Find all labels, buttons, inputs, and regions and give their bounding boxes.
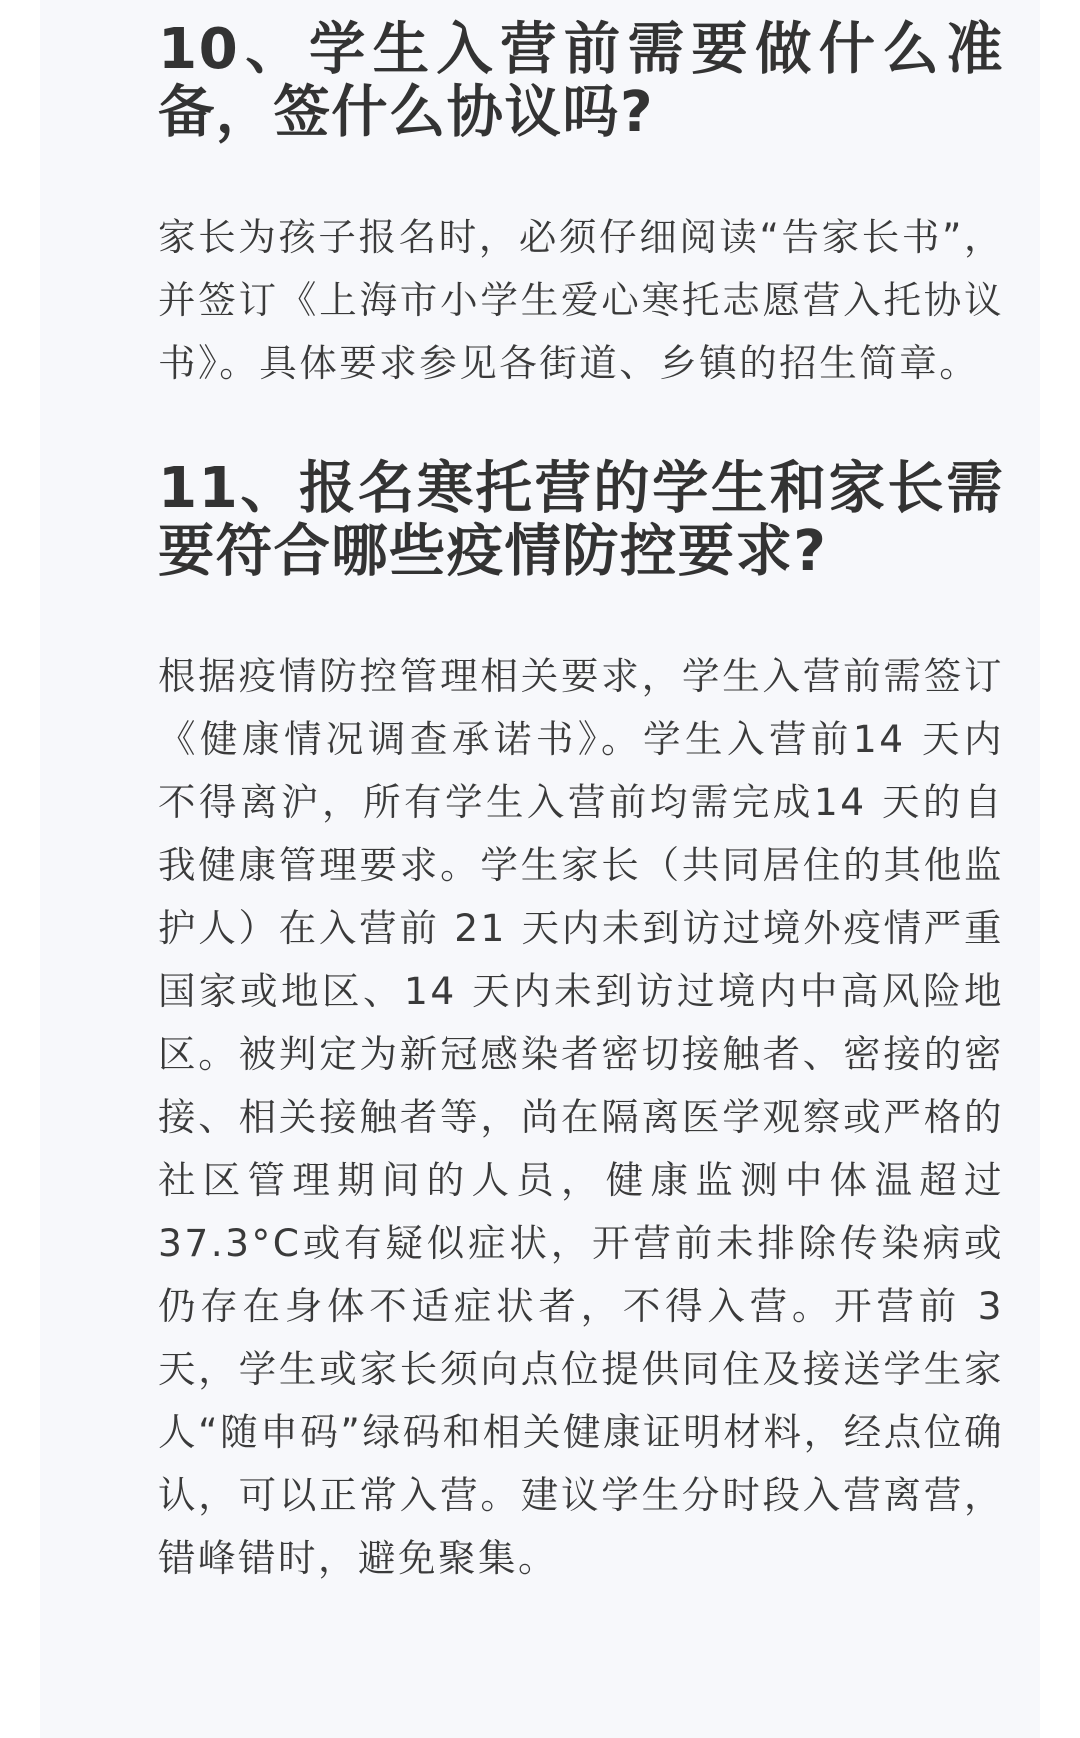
faq-question: 10、学生入营前需要做什么准备，签什么协议吗? <box>158 18 1004 144</box>
spacer <box>158 583 1004 645</box>
faq-section-11: 11、报名寒托营的学生和家长需要符合哪些疫情防控要求? 根据疫情防控管理相关要求… <box>158 457 1004 1590</box>
faq-section-10: 10、学生入营前需要做什么准备，签什么协议吗? 家长为孩子报名时，必须仔细阅读“… <box>158 18 1004 395</box>
spacer <box>158 395 1004 457</box>
article-panel: 10、学生入营前需要做什么准备，签什么协议吗? 家长为孩子报名时，必须仔细阅读“… <box>40 0 1040 1738</box>
faq-answer: 家长为孩子报名时，必须仔细阅读“告家长书”，并签订《上海市小学生爱心寒托志愿营入… <box>158 206 1004 395</box>
spacer <box>158 144 1004 206</box>
article-content: 10、学生入营前需要做什么准备，签什么协议吗? 家长为孩子报名时，必须仔细阅读“… <box>158 18 1004 1590</box>
faq-answer: 根据疫情防控管理相关要求，学生入营前需签订《健康情况调查承诺书》。学生入营前14… <box>158 645 1004 1590</box>
faq-question: 11、报名寒托营的学生和家长需要符合哪些疫情防控要求? <box>158 457 1004 583</box>
